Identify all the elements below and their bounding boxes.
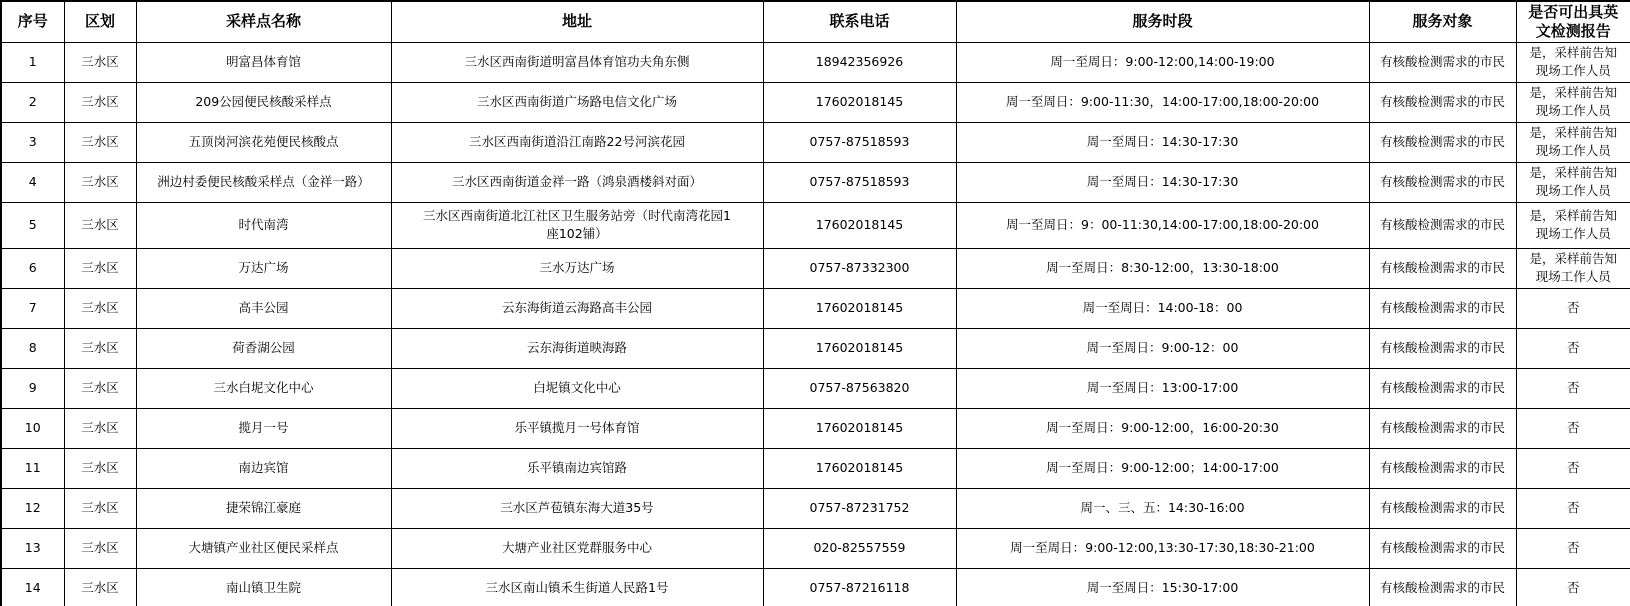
cell-english_report: 否 bbox=[1516, 528, 1630, 568]
cell-english_report: 是，采样前告知 现场工作人员 bbox=[1516, 162, 1630, 202]
cell-address: 三水万达广场 bbox=[391, 248, 763, 288]
cell-english_report: 是，采样前告知 现场工作人员 bbox=[1516, 122, 1630, 162]
cell-phone: 18942356926 bbox=[763, 42, 956, 82]
cell-district: 三水区 bbox=[64, 162, 136, 202]
cell-english_report: 否 bbox=[1516, 488, 1630, 528]
cell-district: 三水区 bbox=[64, 42, 136, 82]
cell-district: 三水区 bbox=[64, 122, 136, 162]
cell-name: 209公园便民核酸采样点 bbox=[136, 82, 391, 122]
cell-district: 三水区 bbox=[64, 368, 136, 408]
cell-hours: 周一至周日：9:00-12:00,13:30-17:30,18:30-21:00 bbox=[956, 528, 1369, 568]
table-header: 序号区划采样点名称地址联系电话服务时段服务对象是否可出具英 文检测报告 bbox=[1, 1, 1630, 42]
table-row: 14三水区南山镇卫生院三水区南山镇禾生街道人民路1号0757-87216118周… bbox=[1, 568, 1630, 606]
table-row: 8三水区荷香湖公园云东海街道映海路17602018145周一至周日：9:00-1… bbox=[1, 328, 1630, 368]
cell-no: 11 bbox=[1, 448, 64, 488]
cell-hours: 周一、三、五：14:30-16:00 bbox=[956, 488, 1369, 528]
cell-no: 7 bbox=[1, 288, 64, 328]
cell-name: 大塘镇产业社区便民采样点 bbox=[136, 528, 391, 568]
table-row: 10三水区揽月一号乐平镇揽月一号体育馆17602018145周一至周日：9:00… bbox=[1, 408, 1630, 448]
cell-district: 三水区 bbox=[64, 202, 136, 248]
cell-phone: 0757-87231752 bbox=[763, 488, 956, 528]
cell-address: 三水区西南街道沿江南路22号河滨花园 bbox=[391, 122, 763, 162]
cell-district: 三水区 bbox=[64, 288, 136, 328]
table-row: 4三水区洲边村委便民核酸采样点（金祥一路）三水区西南街道金祥一路（鸿泉酒楼斜对面… bbox=[1, 162, 1630, 202]
column-header-address: 地址 bbox=[391, 1, 763, 42]
column-header-phone: 联系电话 bbox=[763, 1, 956, 42]
cell-hours: 周一至周日：9:00-12：00 bbox=[956, 328, 1369, 368]
table-row: 6三水区万达广场三水万达广场0757-87332300周一至周日：8:30-12… bbox=[1, 248, 1630, 288]
cell-hours: 周一至周日：14:30-17:30 bbox=[956, 122, 1369, 162]
cell-district: 三水区 bbox=[64, 568, 136, 606]
cell-name: 时代南湾 bbox=[136, 202, 391, 248]
sampling-points-screen: 序号区划采样点名称地址联系电话服务时段服务对象是否可出具英 文检测报告 1三水区… bbox=[0, 0, 1630, 606]
cell-hours: 周一至周日：9:00-12:00，16:00-20:30 bbox=[956, 408, 1369, 448]
cell-target: 有核酸检测需求的市民 bbox=[1369, 162, 1516, 202]
cell-name: 明富昌体育馆 bbox=[136, 42, 391, 82]
cell-name: 洲边村委便民核酸采样点（金祥一路） bbox=[136, 162, 391, 202]
cell-english_report: 否 bbox=[1516, 288, 1630, 328]
column-header-name: 采样点名称 bbox=[136, 1, 391, 42]
cell-district: 三水区 bbox=[64, 248, 136, 288]
column-header-target: 服务对象 bbox=[1369, 1, 1516, 42]
column-header-district: 区划 bbox=[64, 1, 136, 42]
cell-name: 南山镇卫生院 bbox=[136, 568, 391, 606]
table-row: 5三水区时代南湾三水区西南街道北江社区卫生服务站旁（时代南湾花园1 座102铺）… bbox=[1, 202, 1630, 248]
cell-address: 三水区南山镇禾生街道人民路1号 bbox=[391, 568, 763, 606]
cell-hours: 周一至周日：15:30-17:00 bbox=[956, 568, 1369, 606]
table-body: 1三水区明富昌体育馆三水区西南街道明富昌体育馆功夫角东侧18942356926周… bbox=[1, 42, 1630, 606]
cell-no: 9 bbox=[1, 368, 64, 408]
cell-english_report: 是，采样前告知 现场工作人员 bbox=[1516, 202, 1630, 248]
cell-no: 14 bbox=[1, 568, 64, 606]
cell-name: 荷香湖公园 bbox=[136, 328, 391, 368]
cell-english_report: 否 bbox=[1516, 568, 1630, 606]
cell-phone: 17602018145 bbox=[763, 202, 956, 248]
cell-target: 有核酸检测需求的市民 bbox=[1369, 202, 1516, 248]
cell-address: 三水区芦苞镇东海大道35号 bbox=[391, 488, 763, 528]
table-row: 9三水区三水白坭文化中心白坭镇文化中心0757-87563820周一至周日：13… bbox=[1, 368, 1630, 408]
cell-district: 三水区 bbox=[64, 528, 136, 568]
cell-phone: 020-82557559 bbox=[763, 528, 956, 568]
cell-phone: 0757-87518593 bbox=[763, 122, 956, 162]
cell-hours: 周一至周日：9:00-11:30，14:00-17:00,18:00-20:00 bbox=[956, 82, 1369, 122]
cell-english_report: 否 bbox=[1516, 448, 1630, 488]
cell-hours: 周一至周日：9：00-11:30,14:00-17:00,18:00-20:00 bbox=[956, 202, 1369, 248]
sampling-points-table: 序号区划采样点名称地址联系电话服务时段服务对象是否可出具英 文检测报告 1三水区… bbox=[0, 0, 1630, 606]
cell-english_report: 是，采样前告知 现场工作人员 bbox=[1516, 42, 1630, 82]
cell-hours: 周一至周日：13:00-17:00 bbox=[956, 368, 1369, 408]
cell-no: 3 bbox=[1, 122, 64, 162]
column-header-no: 序号 bbox=[1, 1, 64, 42]
cell-no: 5 bbox=[1, 202, 64, 248]
cell-no: 6 bbox=[1, 248, 64, 288]
cell-target: 有核酸检测需求的市民 bbox=[1369, 42, 1516, 82]
cell-phone: 0757-87216118 bbox=[763, 568, 956, 606]
cell-no: 2 bbox=[1, 82, 64, 122]
cell-district: 三水区 bbox=[64, 328, 136, 368]
table-row: 2三水区209公园便民核酸采样点三水区西南街道广场路电信文化广场17602018… bbox=[1, 82, 1630, 122]
cell-no: 8 bbox=[1, 328, 64, 368]
cell-english_report: 是，采样前告知 现场工作人员 bbox=[1516, 248, 1630, 288]
cell-target: 有核酸检测需求的市民 bbox=[1369, 408, 1516, 448]
cell-address: 三水区西南街道北江社区卫生服务站旁（时代南湾花园1 座102铺） bbox=[391, 202, 763, 248]
cell-phone: 17602018145 bbox=[763, 288, 956, 328]
cell-hours: 周一至周日：9:00-12:00,14:00-19:00 bbox=[956, 42, 1369, 82]
cell-no: 1 bbox=[1, 42, 64, 82]
cell-district: 三水区 bbox=[64, 408, 136, 448]
cell-name: 万达广场 bbox=[136, 248, 391, 288]
cell-english_report: 否 bbox=[1516, 368, 1630, 408]
cell-address: 白坭镇文化中心 bbox=[391, 368, 763, 408]
cell-target: 有核酸检测需求的市民 bbox=[1369, 328, 1516, 368]
cell-target: 有核酸检测需求的市民 bbox=[1369, 368, 1516, 408]
cell-name: 五顶岗河滨花苑便民核酸点 bbox=[136, 122, 391, 162]
cell-phone: 17602018145 bbox=[763, 408, 956, 448]
cell-address: 云东海街道云海路高丰公园 bbox=[391, 288, 763, 328]
cell-name: 揽月一号 bbox=[136, 408, 391, 448]
cell-target: 有核酸检测需求的市民 bbox=[1369, 568, 1516, 606]
cell-district: 三水区 bbox=[64, 488, 136, 528]
cell-district: 三水区 bbox=[64, 448, 136, 488]
table-row: 11三水区南边宾馆乐平镇南边宾馆路17602018145周一至周日：9:00-1… bbox=[1, 448, 1630, 488]
cell-phone: 17602018145 bbox=[763, 328, 956, 368]
table-row: 13三水区大塘镇产业社区便民采样点大塘产业社区党群服务中心020-8255755… bbox=[1, 528, 1630, 568]
cell-hours: 周一至周日：14:30-17:30 bbox=[956, 162, 1369, 202]
cell-address: 三水区西南街道明富昌体育馆功夫角东侧 bbox=[391, 42, 763, 82]
cell-no: 4 bbox=[1, 162, 64, 202]
cell-name: 捷荣锦江豪庭 bbox=[136, 488, 391, 528]
table-row: 7三水区高丰公园云东海街道云海路高丰公园17602018145周一至周日：14:… bbox=[1, 288, 1630, 328]
column-header-hours: 服务时段 bbox=[956, 1, 1369, 42]
cell-hours: 周一至周日：14:00-18：00 bbox=[956, 288, 1369, 328]
cell-target: 有核酸检测需求的市民 bbox=[1369, 448, 1516, 488]
column-header-english_report: 是否可出具英 文检测报告 bbox=[1516, 1, 1630, 42]
cell-phone: 0757-87563820 bbox=[763, 368, 956, 408]
cell-address: 云东海街道映海路 bbox=[391, 328, 763, 368]
table-row: 3三水区五顶岗河滨花苑便民核酸点三水区西南街道沿江南路22号河滨花园0757-8… bbox=[1, 122, 1630, 162]
cell-no: 12 bbox=[1, 488, 64, 528]
cell-phone: 0757-87518593 bbox=[763, 162, 956, 202]
table-row: 12三水区捷荣锦江豪庭三水区芦苞镇东海大道35号0757-87231752周一、… bbox=[1, 488, 1630, 528]
cell-address: 大塘产业社区党群服务中心 bbox=[391, 528, 763, 568]
cell-no: 10 bbox=[1, 408, 64, 448]
cell-english_report: 是，采样前告知 现场工作人员 bbox=[1516, 82, 1630, 122]
cell-hours: 周一至周日：9:00-12:00；14:00-17:00 bbox=[956, 448, 1369, 488]
cell-name: 高丰公园 bbox=[136, 288, 391, 328]
cell-address: 乐平镇揽月一号体育馆 bbox=[391, 408, 763, 448]
cell-no: 13 bbox=[1, 528, 64, 568]
cell-target: 有核酸检测需求的市民 bbox=[1369, 122, 1516, 162]
cell-phone: 17602018145 bbox=[763, 448, 956, 488]
cell-english_report: 否 bbox=[1516, 328, 1630, 368]
cell-target: 有核酸检测需求的市民 bbox=[1369, 288, 1516, 328]
cell-phone: 0757-87332300 bbox=[763, 248, 956, 288]
cell-address: 三水区西南街道广场路电信文化广场 bbox=[391, 82, 763, 122]
cell-phone: 17602018145 bbox=[763, 82, 956, 122]
table-header-row: 序号区划采样点名称地址联系电话服务时段服务对象是否可出具英 文检测报告 bbox=[1, 1, 1630, 42]
cell-name: 三水白坭文化中心 bbox=[136, 368, 391, 408]
cell-target: 有核酸检测需求的市民 bbox=[1369, 488, 1516, 528]
cell-address: 乐平镇南边宾馆路 bbox=[391, 448, 763, 488]
cell-target: 有核酸检测需求的市民 bbox=[1369, 248, 1516, 288]
cell-hours: 周一至周日：8:30-12:00，13:30-18:00 bbox=[956, 248, 1369, 288]
cell-target: 有核酸检测需求的市民 bbox=[1369, 82, 1516, 122]
cell-address: 三水区西南街道金祥一路（鸿泉酒楼斜对面） bbox=[391, 162, 763, 202]
cell-district: 三水区 bbox=[64, 82, 136, 122]
table-row: 1三水区明富昌体育馆三水区西南街道明富昌体育馆功夫角东侧18942356926周… bbox=[1, 42, 1630, 82]
cell-english_report: 否 bbox=[1516, 408, 1630, 448]
cell-name: 南边宾馆 bbox=[136, 448, 391, 488]
cell-target: 有核酸检测需求的市民 bbox=[1369, 528, 1516, 568]
